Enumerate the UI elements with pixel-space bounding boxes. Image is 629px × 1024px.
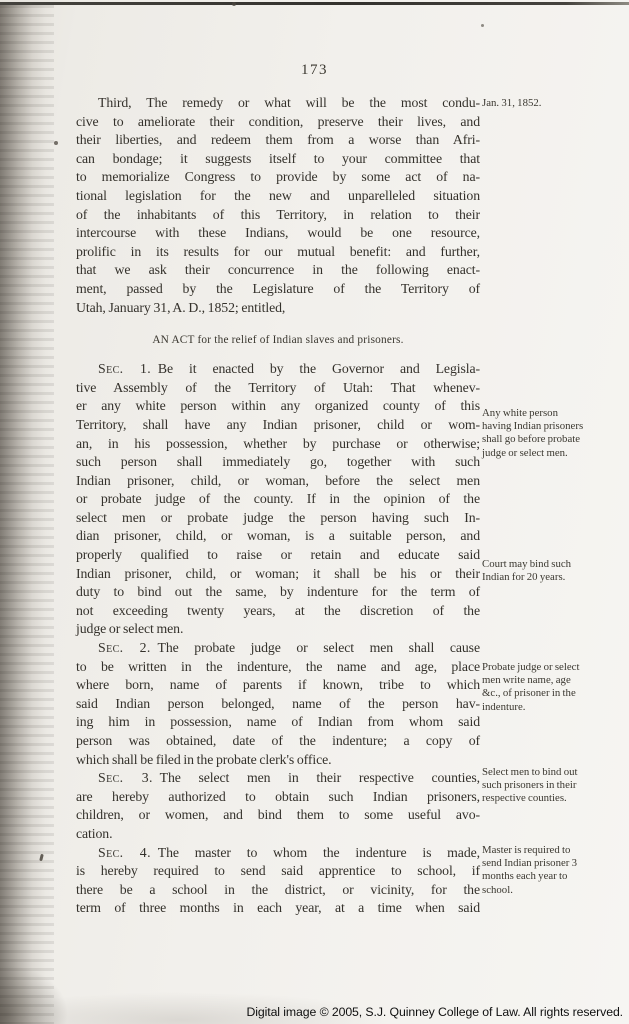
text-line: ing him in possession, name of Indian fr… [76,713,480,732]
text-line: tional legislation for the new and unpar… [76,187,480,206]
text-line: are hereby authorized to obtain such Ind… [76,788,480,807]
text-line: dian prisoner, child, or woman, is a sui… [76,527,480,546]
section-label: Sec. 3. [98,770,153,785]
scan-top-edge-line [0,2,629,5]
section-1: Sec. 1. Be it enacted by the Governor an… [76,360,480,639]
margin-note-3: Probate judge or select men write name, … [482,661,585,714]
section-2: Sec. 2. The probate judge or select men … [76,639,480,769]
text-line: ment, passed by the Legislature of the T… [76,280,480,299]
text-line: where born, name of parents if known, tr… [76,676,480,695]
text-line: select men or probate judge the person h… [76,509,480,528]
text-line: to memorialize Congress to provide by so… [76,168,480,187]
text-line: such person shall immediately go, togeth… [76,453,480,472]
text-line: an, in his possession, whether by purcha… [76,435,480,454]
text-line: that we ask their concurrence in the fol… [76,261,480,280]
text-line: tive Assembly of the Territory of Utah: … [76,379,480,398]
intro-paragraph: Third, The remedy or what will be the mo… [76,94,480,317]
text-line: Territory, shall have any Indian prisone… [76,416,480,435]
section-label: Sec. 2. [98,640,151,655]
text-line: Sec. 2. The probate judge or select men … [76,639,480,658]
scan-speck [481,24,484,27]
text-line: Sec. 4. The master to whom the indenture… [76,844,480,863]
text-line: to be written in the indenture, the name… [76,658,480,677]
text-line: Indian prisoner, child, or woman; it sha… [76,565,480,584]
margin-note-date: Jan. 31, 1852. [482,97,592,110]
main-text-column: Third, The remedy or what will be the mo… [76,94,480,918]
text-line: prolific in its results for our mutual b… [76,243,480,262]
copyright-credit: Digital image © 2005, S.J. Quinney Colle… [246,1005,623,1019]
text-line: said Indian person belonged, name of the… [76,695,480,714]
binding-shadow [0,5,54,1024]
scanned-page: 173 Third, The remedy or what will be th… [0,0,629,1024]
text-line: Third, The remedy or what will be the mo… [76,94,480,113]
text-line: not exceeding twenty years, at the discr… [76,602,480,621]
text-line: can bondage; it suggests itself to your … [76,150,480,169]
text-line: cation. [76,825,480,844]
margin-note-4: Select men to bind out such prisoners in… [482,766,585,806]
margin-note-1: Any white person having Indian prisoners… [482,407,585,460]
text-line: there be a school in the district, or vi… [76,881,480,900]
text-line: intercourse with these Indians, would be… [76,224,480,243]
text-line: cive to ameliorate their condition, pres… [76,113,480,132]
text-line: or probate judge of the county. If in th… [76,490,480,509]
text-line: properly qualified to raise or retain an… [76,546,480,565]
page-number: 173 [0,62,629,79]
text-line: er any white person within any organized… [76,397,480,416]
act-heading: AN ACT for the relief of Indian slaves a… [76,333,480,347]
text-line: Indian prisoner, child, or woman, before… [76,472,480,491]
text-line: children, or women, and bind them to som… [76,806,480,825]
text-line: judge or select men. [76,620,480,639]
text-line: Sec. 1. Be it enacted by the Governor an… [76,360,480,379]
section-label: Sec. 1. [98,361,151,376]
text-line: which shall be filed in the probate cler… [76,751,480,770]
section-3: Sec. 3. The select men in their respecti… [76,769,480,843]
text-line: term of three months in each year, at a … [76,899,480,918]
scan-speck [54,141,58,145]
section-label: Sec. 4. [98,845,151,860]
text-line: person was obtained, date of the indentu… [76,732,480,751]
section-4: Sec. 4. The master to whom the indenture… [76,844,480,918]
text-line: duty to bind out the same, by indenture … [76,583,480,602]
margin-note-2: Court may bind such Indian for 20 years. [482,558,585,584]
text-line: Utah, January 31, A. D., 1852; entitled, [76,299,480,318]
text-line: is hereby required to send said apprenti… [76,862,480,881]
text-line: of the inhabitants of this Territory, in… [76,206,480,225]
text-line: their liberties, and redeem them from a … [76,131,480,150]
margin-note-5: Master is required to send Indian prison… [482,844,585,897]
text-line: Sec. 3. The select men in their respecti… [76,769,480,788]
scan-speck [232,2,236,6]
